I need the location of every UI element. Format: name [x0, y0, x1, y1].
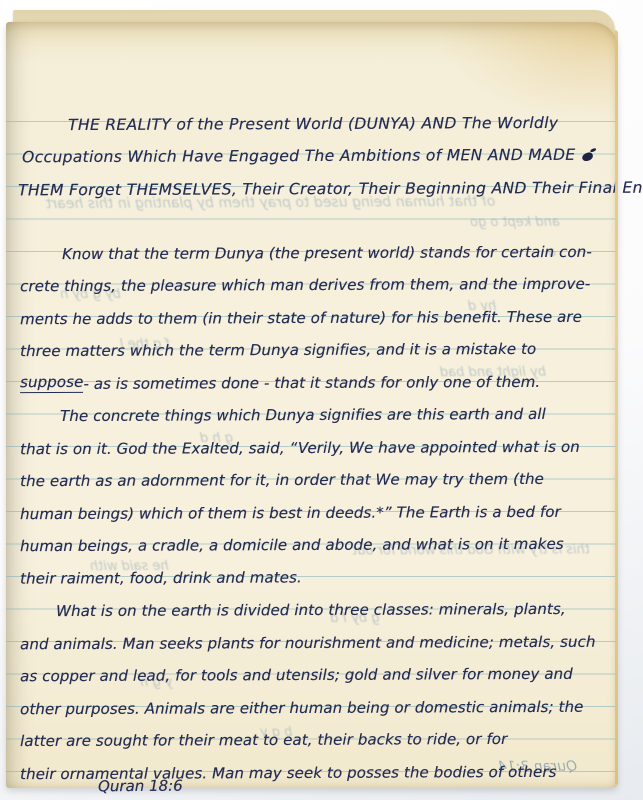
handwritten-line: ments he adds to them (in their state of…	[20, 298, 582, 327]
bleed-through-text: and kept o go	[470, 216, 560, 229]
page-right-edge	[615, 30, 618, 784]
handwritten-line: latter are sought for their meat to eat,…	[20, 721, 507, 750]
handwritten-line: human beings, a cradle, a domicile and a…	[20, 526, 564, 555]
title-line: THEM Forget THEMSELVES, Their Creator, T…	[18, 168, 643, 198]
title-line: Occupations Which Have Engaged The Ambit…	[22, 136, 593, 165]
footnote-citation: Quran 18:6	[98, 779, 183, 795]
handwritten-line: human beings) which of them is best in d…	[20, 493, 561, 522]
handwritten-line: the earth as an adornment for it, in ord…	[20, 461, 544, 490]
handwritten-line: that is on it. God the Exalted, said, “V…	[20, 428, 580, 457]
handwritten-line: three matters which the term Dunya signi…	[20, 331, 536, 360]
handwritten-line: other purposes. Animals are either human…	[20, 688, 583, 717]
ink-blob	[582, 152, 595, 162]
scanned-notebook-scene: of that human being used to pray them by…	[0, 0, 643, 800]
handwritten-line: suppose - as is sometimes done - that it…	[20, 363, 540, 392]
handwritten-line: The concrete things which Dunya signifie…	[60, 396, 546, 425]
title-line: THE REALITY of the Present World (DUNYA)…	[68, 103, 558, 132]
notebook-page: of that human being used to pray them by…	[6, 22, 618, 788]
handwritten-line: Know that the term Dunya (the present wo…	[62, 233, 592, 262]
handwritten-line: What is on the earth is divided into thr…	[56, 591, 566, 620]
handwritten-line: their raiment, food, drink and mates.	[20, 559, 302, 587]
handwritten-line: as copper and lead, for tools and utensi…	[20, 656, 573, 685]
handwritten-line: and animals. Man seeks plants for nouris…	[20, 623, 596, 653]
underlined-word: suppose	[20, 375, 83, 393]
handwritten-line: crete things, the pleasure which man der…	[20, 266, 590, 295]
